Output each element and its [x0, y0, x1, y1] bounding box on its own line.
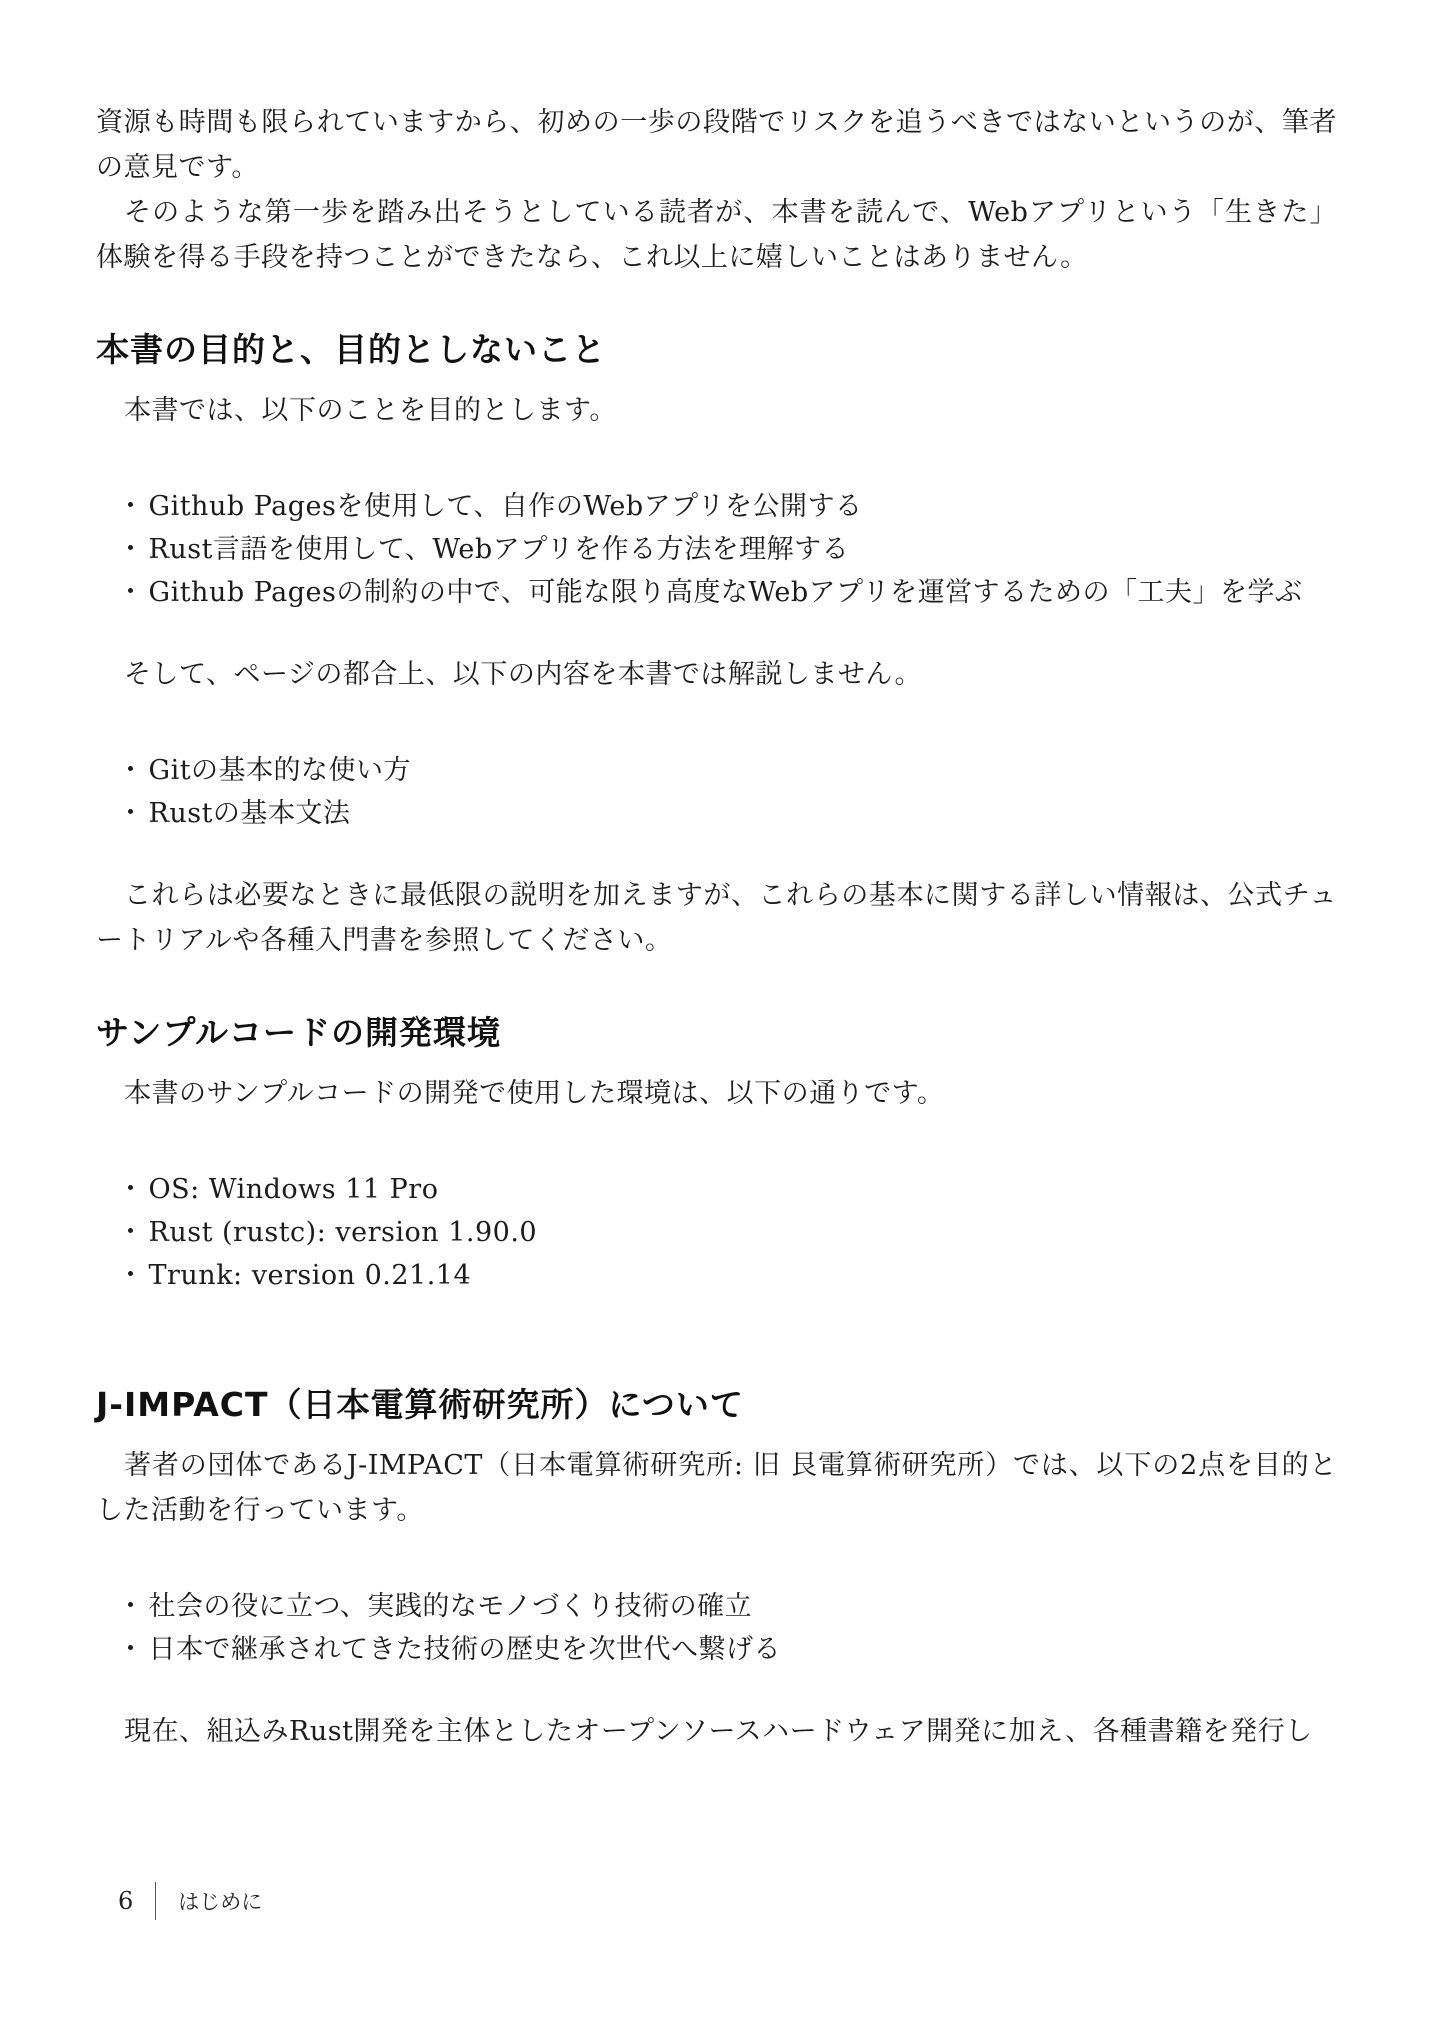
bullet-icon: ・	[117, 1217, 145, 1248]
list-item: ・Gitの基本的な使い方	[117, 749, 1337, 792]
page-content: 資源も時間も限られていますから、初めの一歩の段階でリスクを追うべきではないという…	[0, 0, 1433, 1754]
footer-chapter-label: はじめに	[178, 1886, 262, 1916]
intro-paragraph-1: 資源も時間も限られていますから、初めの一歩の段階でリスクを追うべきではないという…	[96, 100, 1337, 190]
environment-lead: 本書のサンプルコードの開発で使用した環境は、以下の通りです。	[96, 1071, 1337, 1116]
list-item: ・OS: Windows 11 Pro	[117, 1168, 1337, 1211]
section-purpose-title: 本書の目的と、目的としないこと	[96, 330, 1337, 370]
bullet-icon: ・	[117, 1634, 145, 1665]
bullet-icon: ・	[117, 755, 145, 786]
list-item: ・社会の役に立つ、実践的なモノづくり技術の確立	[117, 1585, 1337, 1628]
non-goals-lead: そして、ページの都合上、以下の内容を本書では解説しません。	[96, 652, 1337, 697]
bullet-icon: ・	[117, 1591, 145, 1622]
list-item: ・Rust言語を使用して、Webアプリを作る方法を理解する	[117, 528, 1337, 571]
intro-paragraph-2: そのような第一歩を踏み出そうとしている読者が、本書を読んで、Webアプリという「…	[96, 190, 1337, 280]
bullet-icon: ・	[117, 1174, 145, 1205]
document-page: 資源も時間も限られていますから、初めの一歩の段階でリスクを追うべきではないという…	[0, 0, 1433, 2024]
bullet-icon: ・	[117, 798, 145, 829]
environment-item-text: Trunk: version 0.21.14	[149, 1260, 472, 1291]
section-purpose: 本書の目的と、目的としないこと 本書では、以下のことを目的とします。 ・Gith…	[96, 330, 1337, 963]
jimpact-note: 現在、組込みRust開発を主体としたオープンソースハードウェア開発に加え、各種書…	[96, 1709, 1337, 1754]
purpose-lead: 本書では、以下のことを目的とします。	[96, 388, 1337, 433]
goal-item-text: Github Pagesを使用して、自作のWebアプリを公開する	[149, 491, 863, 522]
footer-divider	[155, 1882, 156, 1920]
section-environment: サンプルコードの開発環境 本書のサンプルコードの開発で使用した環境は、以下の通り…	[96, 1013, 1337, 1297]
non-goal-item-text: Gitの基本的な使い方	[149, 755, 412, 786]
section-jimpact: J-IMPACT（日本電算術研究所）について 著者の団体であるJ-IMPACT（…	[96, 1385, 1337, 1754]
bullet-icon: ・	[117, 491, 145, 522]
goal-item-text: Rust言語を使用して、Webアプリを作る方法を理解する	[149, 534, 850, 565]
non-goals-list: ・Gitの基本的な使い方 ・Rustの基本文法	[96, 749, 1337, 835]
goals-list: ・Github Pagesを使用して、自作のWebアプリを公開する ・Rust言…	[96, 485, 1337, 614]
list-item: ・Rust (rustc): version 1.90.0	[117, 1211, 1337, 1254]
bullet-icon: ・	[117, 1260, 145, 1291]
list-item: ・Github Pagesの制約の中で、可能な限り高度なWebアプリを運営するた…	[117, 571, 1337, 614]
section-jimpact-title: J-IMPACT（日本電算術研究所）について	[96, 1385, 1337, 1425]
activity-item-text: 社会の役に立つ、実践的なモノづくり技術の確立	[149, 1591, 753, 1622]
bullet-icon: ・	[117, 577, 145, 608]
section-environment-title: サンプルコードの開発環境	[96, 1013, 1337, 1053]
list-item: ・Trunk: version 0.21.14	[117, 1254, 1337, 1297]
page-footer: 6 はじめに	[118, 1882, 262, 1920]
environment-item-text: Rust (rustc): version 1.90.0	[149, 1217, 538, 1248]
environment-list: ・OS: Windows 11 Pro ・Rust (rustc): versi…	[96, 1168, 1337, 1297]
jimpact-lead: 著者の団体であるJ-IMPACT（日本電算術研究所: 旧 艮電算術研究所）では、…	[96, 1443, 1337, 1533]
environment-item-text: OS: Windows 11 Pro	[149, 1174, 439, 1205]
list-item: ・Github Pagesを使用して、自作のWebアプリを公開する	[117, 485, 1337, 528]
activities-list: ・社会の役に立つ、実践的なモノづくり技術の確立 ・日本で継承されてきた技術の歴史…	[96, 1585, 1337, 1671]
purpose-note: これらは必要なときに最低限の説明を加えますが、これらの基本に関する詳しい情報は、…	[96, 873, 1337, 963]
list-item: ・Rustの基本文法	[117, 792, 1337, 835]
list-item: ・日本で継承されてきた技術の歴史を次世代へ繋げる	[117, 1628, 1337, 1671]
goal-item-text: Github Pagesの制約の中で、可能な限り高度なWebアプリを運営するため…	[149, 577, 1303, 608]
bullet-icon: ・	[117, 534, 145, 565]
page-number: 6	[118, 1887, 133, 1915]
non-goal-item-text: Rustの基本文法	[149, 798, 351, 829]
activity-item-text: 日本で継承されてきた技術の歴史を次世代へ繋げる	[149, 1634, 782, 1665]
